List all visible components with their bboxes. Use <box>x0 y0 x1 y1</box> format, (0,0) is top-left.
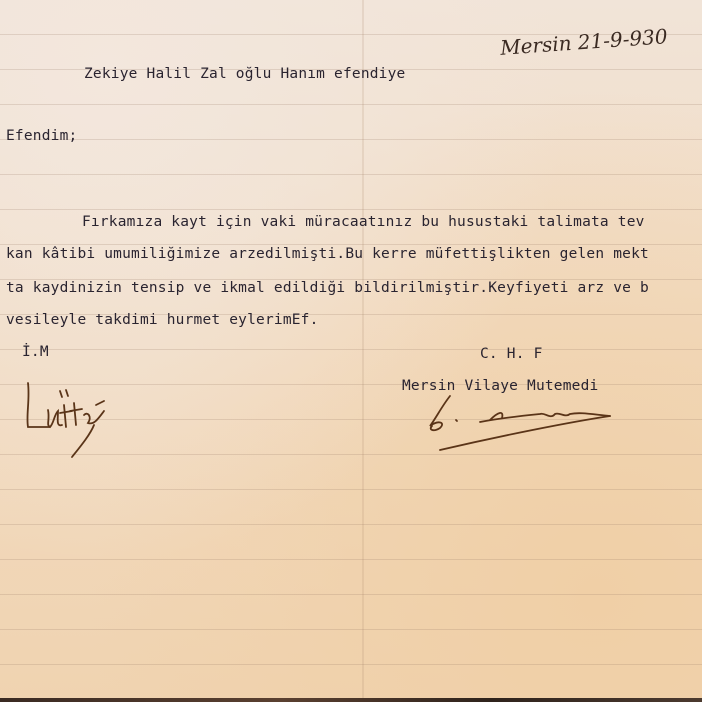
right-signature-icon <box>420 392 620 457</box>
salutation: Efendim; <box>6 128 77 144</box>
left-signature-icon <box>20 375 130 465</box>
org-abbreviation: C. H. F <box>480 346 543 362</box>
body-line: ta kaydinizin tensip ve ikmal edildiği b… <box>6 280 649 296</box>
recipient-line: Zekiye Halil Zal oğlu Hanım efendiye <box>84 66 405 82</box>
body-line: Fırkamıza kayt için vaki müracaatınız bu… <box>82 214 645 230</box>
paper-background <box>0 0 702 702</box>
paper-bottom-edge <box>0 698 702 702</box>
body-line: vesileyle takdimi hurmet eylerimEf. <box>6 312 319 328</box>
paper-fold-line <box>362 0 364 702</box>
left-initials: İ.M <box>22 344 49 360</box>
body-line: kan kâtibi umumiliğimize arzedilmişti.Bu… <box>6 246 649 262</box>
